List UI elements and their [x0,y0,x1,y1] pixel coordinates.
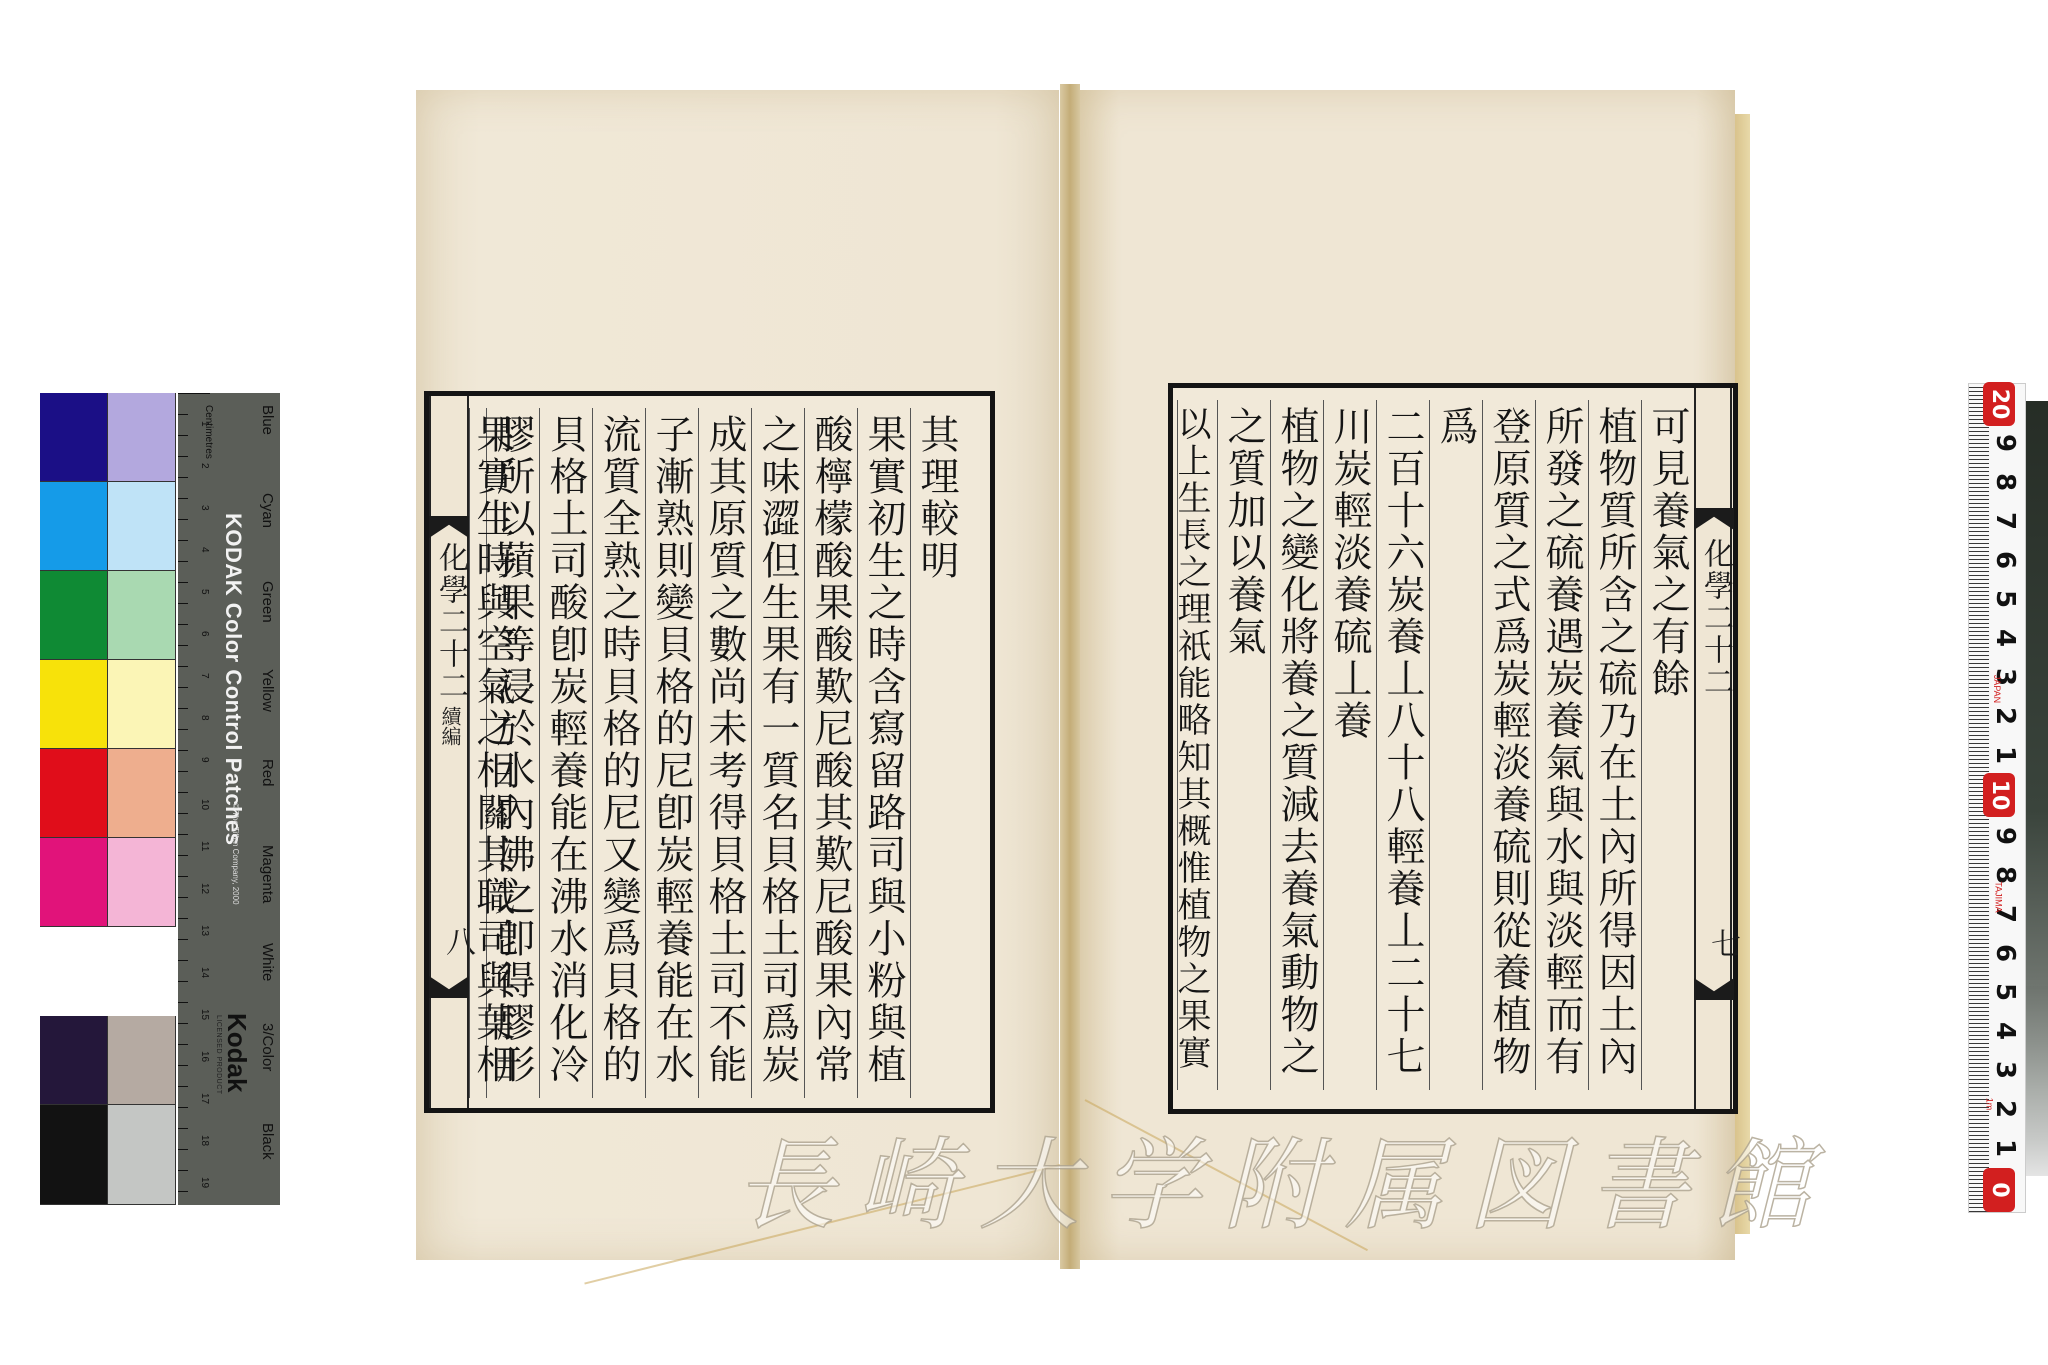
text-column: 可見養氣之有餘 [1641,400,1694,1090]
patch-row-magenta [40,838,178,927]
book-gutter [1060,84,1080,1269]
label-3color: 3/Color [259,1023,276,1071]
ruler-number: 8 [1990,462,2020,502]
ruler-number: 4 [1990,1011,2020,1051]
kodak-licensed: LICENSED PRODUCT [215,1015,222,1095]
ruler-number: 1 [1990,735,2020,775]
label-yellow: Yellow [259,669,276,712]
ruler-number: 5 [1990,579,2020,619]
patch-row-3color [40,1016,178,1105]
patch-row-green [40,571,178,660]
ruler-mark-japan: JAPAN [1992,675,2002,703]
fishtail-mark [429,976,469,998]
ruler-number: 20 [1983,382,2015,426]
fishtail-mark [429,516,469,538]
text-column: 以上生長之理祇能略知其概惟植物之果實漸漸變熟 [1177,400,1217,1090]
kodak-title: KODAK Color Control Patches [220,513,246,846]
right-heart-title: 化學二十二 [1698,538,1732,698]
right-page-number: 七 [1700,928,1744,958]
color-labels: Blue Cyan Green Yellow Red Magenta White… [250,393,276,1205]
patch-yellow-light [108,660,176,749]
kodak-label-strip: Blue Cyan Green Yellow Red Magenta White… [178,393,280,1205]
ruler-number: 7 [1990,501,2020,541]
patch-black-dark [40,1105,108,1205]
patch-red-light [108,749,176,838]
ruler-number: 4 [1990,618,2020,658]
ruler-number: 10 [1983,773,2015,817]
text-column: 之味澀但生果有一質名貝格土司爲炭輕養三質所合 [751,408,804,1098]
ruler-number: 1 [1990,1128,2020,1168]
ruler-number: 9 [1990,423,2020,463]
text-column: 流質全熟之時貝格的尼又變爲貝格的酸卽炭輕養與 [592,408,645,1098]
label-black: Black [259,1123,276,1160]
text-column: 登原質之式爲炭輕淡養硫則從養植物之料變成之式 [1482,400,1535,1090]
text-column: 其理較明 [910,408,963,1098]
patch-3color-light [108,1016,176,1105]
text-column: 所發之硫養遇炭養氣與水與淡輕而有硫分出如哥路 [1535,400,1588,1090]
label-magenta: Magenta [259,845,276,903]
color-patches [40,393,178,1205]
text-column: 植物質所含之硫乃在土內所得因土內所有硫養之質 [1588,400,1641,1090]
text-column: 川炭輕淡養硫丄養 [1323,400,1376,1090]
patch-blue-dark [40,393,108,482]
kodak-logo: Kodak [221,1013,252,1092]
text-column: 成其原質之數尚未考得貝格土司不能在水內消化果 [698,408,751,1098]
fishtail-mark [1694,508,1734,530]
ruler-number: 6 [1990,933,2020,973]
patch-black-light [108,1105,176,1205]
patch-red-dark [40,749,108,838]
kodak-scale: 1 2 3 4 5 6 7 8 9 10 11 12 13 14 15 16 1… [178,393,210,1205]
patch-green-light [108,571,176,660]
label-white: White [259,943,276,981]
text-column: 果實初生之時含寫留路司與小粉與植物酸質如瑪里 [857,408,910,1098]
patch-magenta-light [108,838,176,927]
text-column: 貝格土司酸卽炭輕養能在沸水消化冷則能成稠質如 [539,408,592,1098]
text-column: 之質加以養氣 [1217,400,1270,1090]
label-green: Green [259,581,276,623]
left-heart-subtitle: 續編 [439,706,461,746]
patch-cyan-light [108,482,176,571]
patch-blue-light [108,393,176,482]
kodak-color-target: Blue Cyan Green Yellow Red Magenta White… [40,393,280,1205]
library-watermark: 長崎大学附属図書館 [735,1105,1935,1225]
patch-yellow-dark [40,660,108,749]
text-column: 二百十六炭養丄八十八輕養丄二十七淡輕丄二硫養 [1376,400,1429,1090]
patch-cyan-dark [40,482,108,571]
ruler-number: 5 [1990,972,2020,1012]
ruler-number: 2 [1990,1089,2020,1129]
ruler-number: 9 [1990,816,2020,856]
label-blue: Blue [259,405,276,435]
right-page-heart: 化學二十二 七 [1694,388,1732,1109]
patch-row-cyan [40,482,178,571]
ruler-number: 3 [1990,1050,2020,1090]
open-book: 化學二十二 續編 八 其理較明 果實初生之時含寫留路司與小粉與植物酸質如瑪里 酸… [410,84,1750,1279]
fishtail-mark [1694,978,1734,1000]
label-cyan: Cyan [259,493,276,528]
left-text-block: 化學二十二 續編 八 其理較明 果實初生之時含寫留路司與小粉與植物酸質如瑪里 酸… [424,391,995,1113]
left-heart-title: 化學二十二 [433,542,467,702]
label-red: Red [259,759,276,787]
ruler-mark-unit: 1m [1984,1098,1994,1111]
patch-row-blue [40,393,178,482]
text-column: 爲 [1429,400,1482,1090]
patch-row-black [40,1105,178,1205]
patch-row-yellow [40,660,178,749]
text-column: 子漸熟則變貝格的尼卽炭輕養能在水內消化成一濃 [645,408,698,1098]
kodak-copyright: © The Tiffen Company, 2000 [231,803,240,905]
text-column: 植物之變化將養之質減去養氣動物之變化將養之 [1270,400,1323,1090]
patch-green-dark [40,571,108,660]
patch-3color-dark [40,1016,108,1105]
metric-ruler: 20 9 8 7 6 5 4 3 2 1 10 9 8 7 6 5 4 3 2 … [1968,383,2026,1213]
ruler-number: 6 [1990,540,2020,580]
ruler-number: 0 [1983,1168,2015,1212]
patch-white [40,927,178,1016]
ruler-mark-brand: TAJIMA [1994,881,2004,912]
text-column: 果實生時與空氣之相關其職司與葉相同亦能收炭養 [469,408,519,1098]
right-text-block: 可見養氣之有餘 植物質所含之硫乃在土內所得因土內所有硫養之質 所發之硫養遇炭養氣… [1168,383,1738,1114]
patch-magenta-dark [40,838,108,927]
patch-row-red [40,749,178,838]
text-column: 酸檸檬酸果酸歎尼酸其歎尼酸果內常有之所以生果 [804,408,857,1098]
left-page-heart: 化學二十二 續編 八 [429,396,469,1108]
